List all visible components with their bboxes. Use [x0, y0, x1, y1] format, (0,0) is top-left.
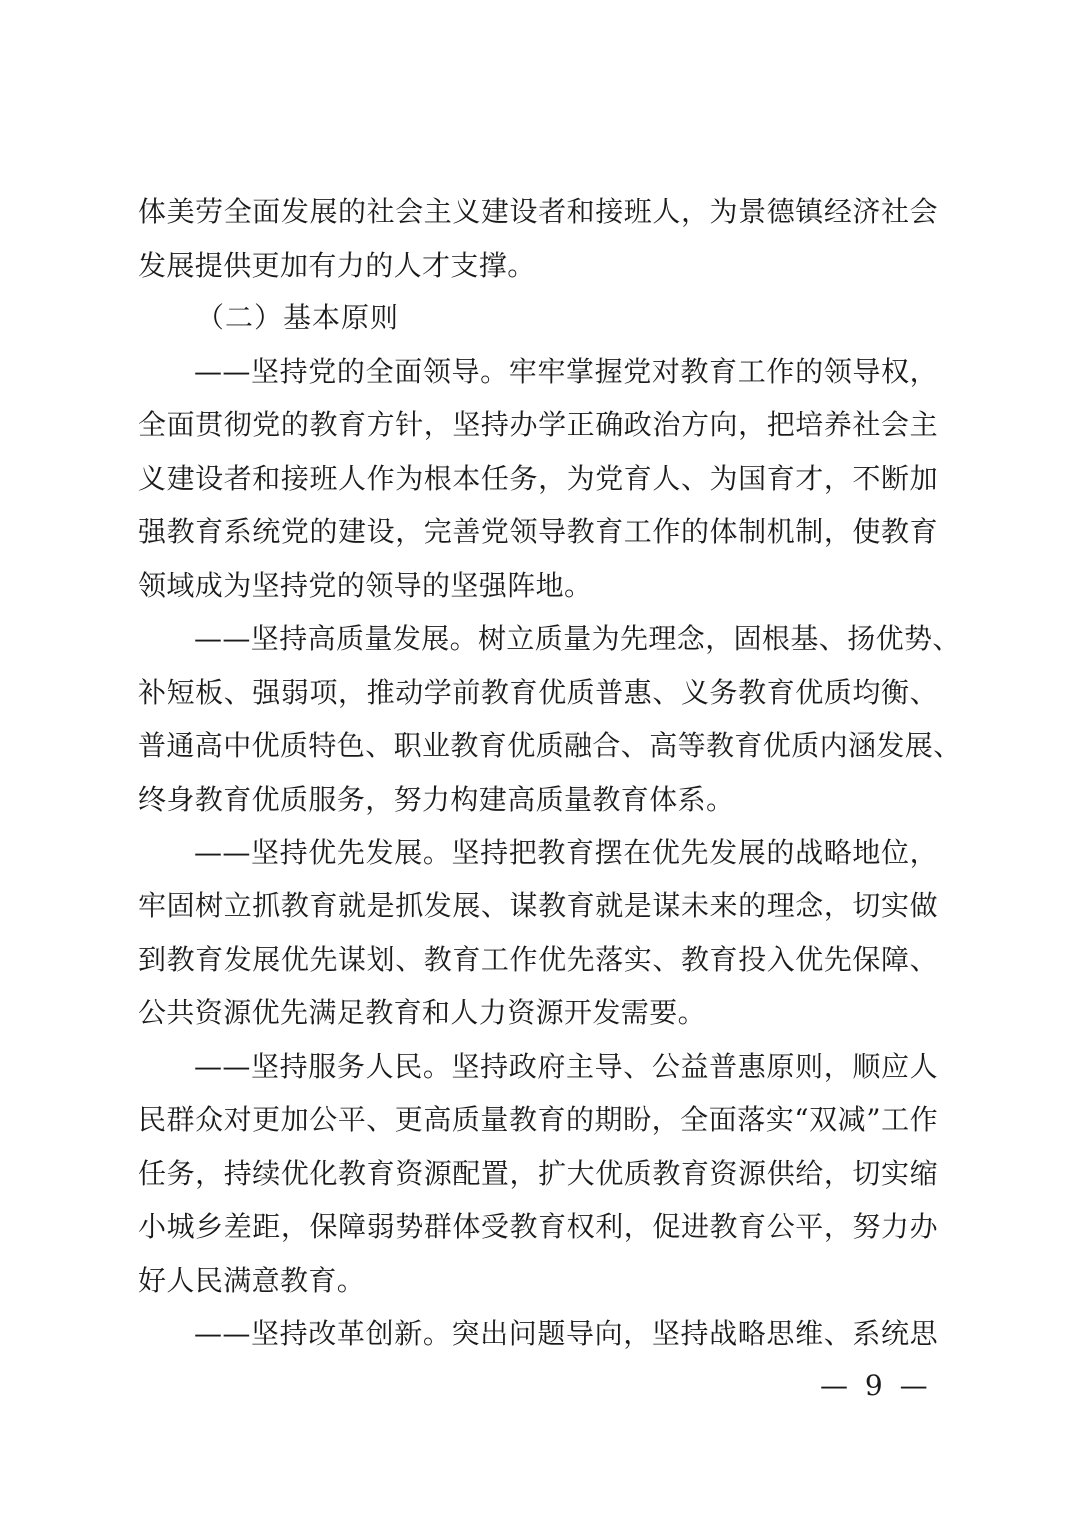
text-line: 好人民满意教育。 [138, 1261, 938, 1301]
text-line: 全面贯彻党的教育方针，坚持办学正确政治方向，把培养社会主 [138, 405, 938, 445]
text-line: 强教育系统党的建设，完善党领导教育工作的体制机制，使教育 [138, 512, 938, 552]
text-line: 补短板、强弱项，推动学前教育优质普惠、义务教育优质均衡、 [138, 673, 938, 713]
text-line: ——坚持高质量发展。树立质量为先理念，固根基、扬优势、 [194, 619, 938, 659]
text-line: 牢固树立抓教育就是抓发展、谋教育就是谋未来的理念，切实做 [138, 886, 938, 926]
text-line: 义建设者和接班人作为根本任务，为党育人、为国育才，不断加 [138, 459, 938, 499]
text-line: 普通高中优质特色、职业教育优质融合、高等教育优质内涵发展、 [138, 726, 938, 766]
text-line: ——坚持服务人民。坚持政府主导、公益普惠原则，顺应人 [194, 1047, 938, 1087]
section-heading: （二）基本原则 [196, 298, 399, 338]
document-page: 体美劳全面发展的社会主义建设者和接班人，为景德镇经济社会 发展提供更加有力的人才… [0, 0, 1074, 1520]
text-line: 发展提供更加有力的人才支撑。 [138, 246, 938, 286]
text-line: 领域成为坚持党的领导的坚强阵地。 [138, 566, 938, 606]
text-line: 终身教育优质服务，努力构建高质量教育体系。 [138, 780, 938, 820]
text-line: ——坚持改革创新。突出问题导向，坚持战略思维、系统思 [194, 1314, 938, 1354]
text-line: 体美劳全面发展的社会主义建设者和接班人，为景德镇经济社会 [138, 192, 938, 232]
text-line: 民群众对更加公平、更高质量教育的期盼，全面落实“双减”工作 [138, 1100, 938, 1140]
text-line: 到教育发展优先谋划、教育工作优先落实、教育投入优先保障、 [138, 940, 938, 980]
page-number: — 9 — [820, 1366, 932, 1406]
text-line: 小城乡差距，保障弱势群体受教育权利，促进教育公平，努力办 [138, 1207, 938, 1247]
text-line: ——坚持优先发展。坚持把教育摆在优先发展的战略地位， [194, 833, 938, 873]
text-line: ——坚持党的全面领导。牢牢掌握党对教育工作的领导权， [194, 352, 938, 392]
text-line: 任务，持续优化教育资源配置，扩大优质教育资源供给，切实缩 [138, 1154, 938, 1194]
text-line: 公共资源优先满足教育和人力资源开发需要。 [138, 993, 938, 1033]
